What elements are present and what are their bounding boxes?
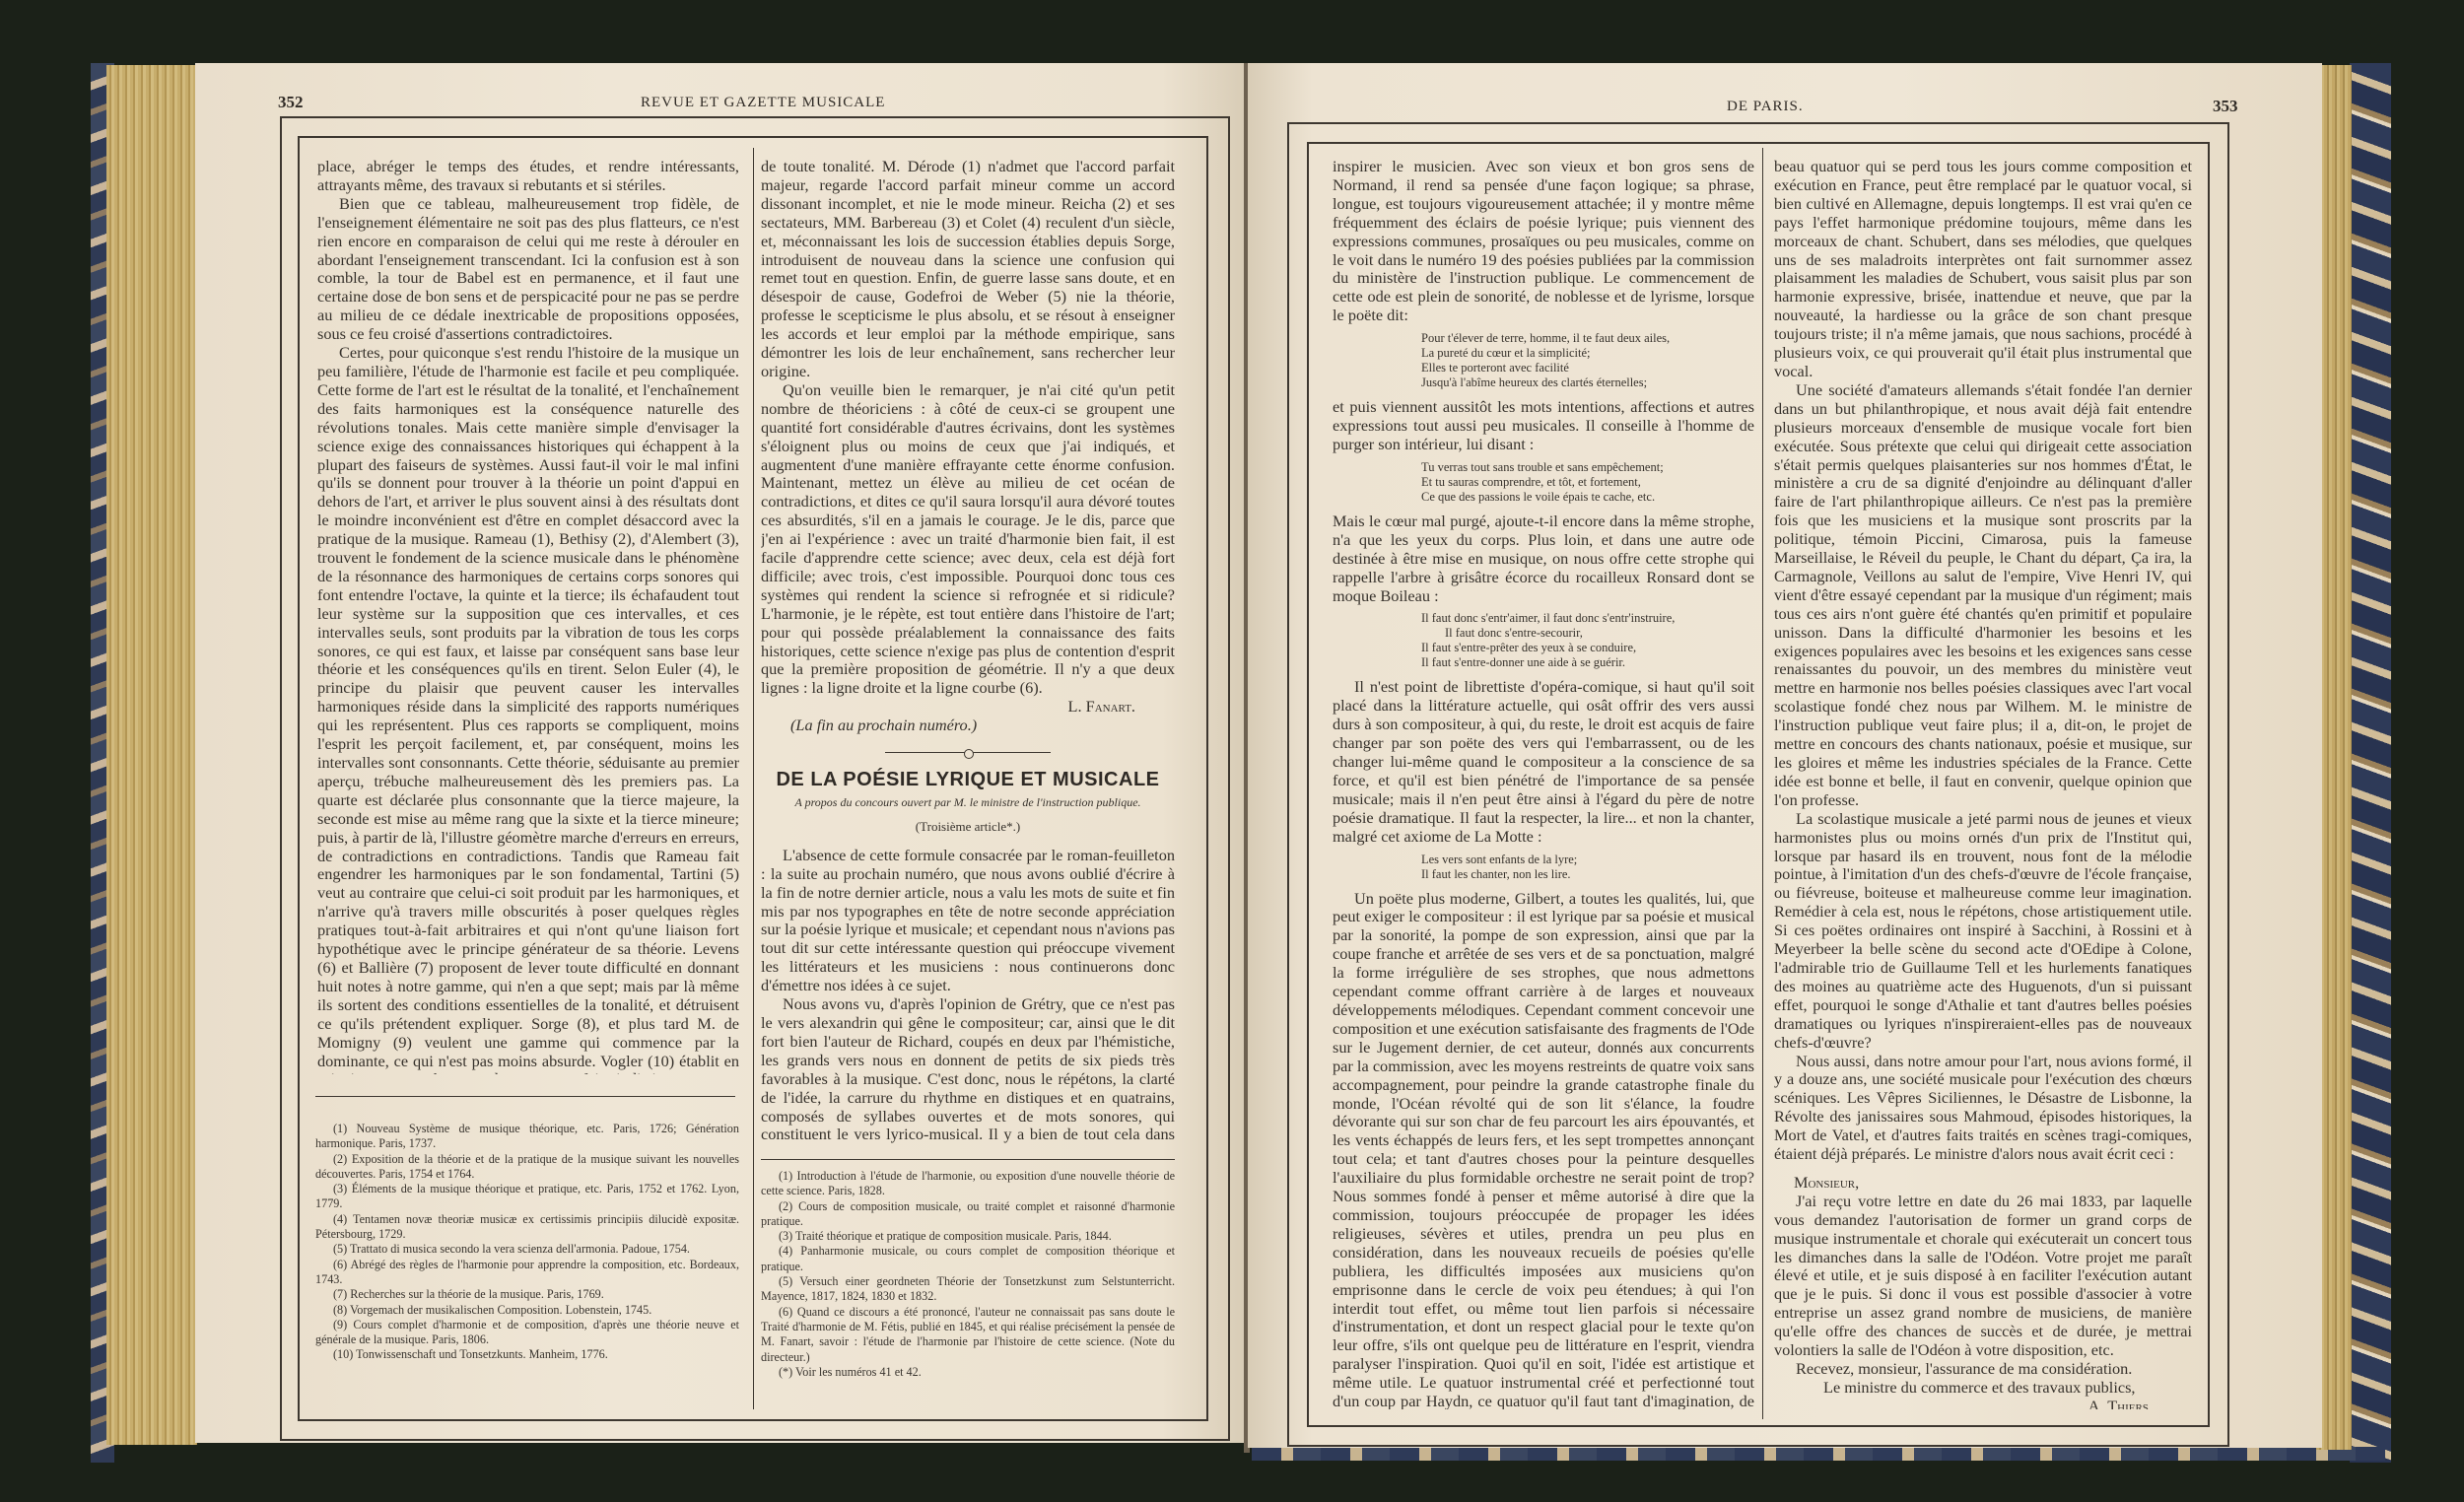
left-page-number: 352 [278, 93, 304, 112]
paragraph: Il n'est point de librettiste d'opéra-co… [1333, 678, 1754, 846]
left-column-separator [753, 148, 754, 1409]
left-page-column-2: de toute tonalité. M. Dérode (1) n'admet… [761, 158, 1175, 1143]
right-page-number: 353 [2213, 97, 2238, 116]
author-signature: L. Fanart. [761, 698, 1175, 717]
verse-quote: Pour t'élever de terre, homme, il te fau… [1421, 331, 1754, 390]
footnote: (*) Voir les numéros 41 et 42. [761, 1365, 1175, 1380]
footnote-rule [761, 1159, 1175, 1160]
verse-quote: Il faut donc s'entr'aimer, il faut donc … [1421, 611, 1754, 670]
verse-quote: Tu verras tout sans trouble et sans empê… [1421, 460, 1754, 505]
footnote-rule [315, 1096, 735, 1097]
paragraph: L'absence de cette formule consacrée par… [761, 847, 1175, 995]
paragraph: Mais le cœur mal purgé, ajoute-t-il enco… [1333, 512, 1754, 606]
paragraph: Un poëte plus moderne, Gilbert, a toutes… [1333, 890, 1754, 1409]
footnote: (4) Panharmonie musicale, ou cours compl… [761, 1244, 1175, 1274]
letter-body: J'ai reçu votre lettre en date du 26 mai… [1774, 1193, 2192, 1360]
letter-title: Le ministre du commerce et des travaux p… [1774, 1379, 2192, 1398]
right-page-column-2: beau quatuor qui se perd tous les jours … [1774, 158, 2192, 1409]
footnote: (10) Tonwissenschaft und Tonsetzkunts. M… [315, 1347, 739, 1362]
footnote: (6) Quand ce discours a été prononcé, l'… [761, 1305, 1175, 1365]
article-title: DE LA POÉSIE LYRIQUE ET MUSICALE [761, 771, 1175, 789]
right-column-separator [1762, 148, 1763, 1419]
footnote: (3) Éléments de la musique théorique et … [315, 1182, 739, 1212]
paragraph: Nous avons vu, d'après l'opinion de Grét… [761, 995, 1175, 1143]
footnote: (9) Cours complet d'harmonie et de compo… [315, 1318, 739, 1348]
paragraph: Qu'on veuille bien le remarquer, je n'ai… [761, 381, 1175, 698]
right-page-column-1: inspirer le musicien. Avec son vieux et … [1333, 158, 1754, 1409]
continued-note: (La fin au prochain numéro.) [761, 717, 1175, 735]
paragraph: Bien que ce tableau, malheureusement tro… [317, 195, 739, 344]
letter-salutation: Monsieur, [1774, 1174, 2192, 1193]
letter-closing: Recevez, monsieur, l'assurance de ma con… [1774, 1360, 2192, 1379]
book-cover-bottom-marbled [1252, 1447, 2385, 1461]
article-subtitle: A propos du concours ouvert par M. le mi… [761, 793, 1175, 812]
verse-quote: Les vers sont enfants de la lyre; Il fau… [1421, 853, 1754, 882]
paragraph: inspirer le musicien. Avec son vieux et … [1333, 158, 1754, 325]
footnote: (1) Nouveau Système de musique théorique… [315, 1122, 739, 1152]
footnote: (8) Vorgemach der musikalischen Composit… [315, 1303, 739, 1318]
paragraph: beau quatuor qui se perd tous les jours … [1774, 158, 2192, 381]
letter-signature: A. Thiers. [1774, 1398, 2192, 1409]
footnote: (1) Introduction à l'étude de l'harmonie… [761, 1169, 1175, 1199]
paragraph: Nous aussi, dans notre amour pour l'art,… [1774, 1053, 2192, 1164]
paragraph: et puis viennent aussitôt les mots inten… [1333, 398, 1754, 454]
article-part: (Troisième article*.) [761, 818, 1175, 837]
footnote: (6) Abrégé des règles de l'harmonie pour… [315, 1258, 739, 1288]
paragraph: Certes, pour quiconque s'est rendu l'his… [317, 344, 739, 1074]
section-ornament [761, 749, 1175, 755]
footnote: (3) Traité théorique et pratique de comp… [761, 1229, 1175, 1244]
book-cover-right-marbled [2350, 63, 2391, 1463]
right-running-head: DE PARIS. [1727, 99, 1804, 115]
paragraph: place, abréger le temps des études, et r… [317, 158, 739, 195]
page-edges-left [106, 65, 197, 1445]
left-running-head: REVUE ET GAZETTE MUSICALE [641, 95, 885, 111]
footnote: (7) Recherches sur la théorie de la musi… [315, 1287, 739, 1302]
footnote: (4) Tentamen novæ theoriæ musicæ ex cert… [315, 1212, 739, 1243]
footnote: (2) Exposition de la théorie et de la pr… [315, 1152, 739, 1183]
paragraph: Une société d'amateurs allemands s'était… [1774, 381, 2192, 810]
footnote: (2) Cours de composition musicale, ou tr… [761, 1199, 1175, 1230]
paragraph: La scolastique musicale a jeté parmi nou… [1774, 810, 2192, 1053]
left-column-1-footnotes: (1) Nouveau Système de musique théorique… [315, 1122, 739, 1398]
left-column-2-footnotes: (1) Introduction à l'étude de l'harmonie… [761, 1169, 1175, 1396]
footnote: (5) Trattato di musica secondo la vera s… [315, 1242, 739, 1257]
footnote: (5) Versuch einer geordneten Théorie der… [761, 1274, 1175, 1305]
paragraph: de toute tonalité. M. Dérode (1) n'admet… [761, 158, 1175, 381]
left-page-column-1: place, abréger le temps des études, et r… [317, 158, 739, 1074]
